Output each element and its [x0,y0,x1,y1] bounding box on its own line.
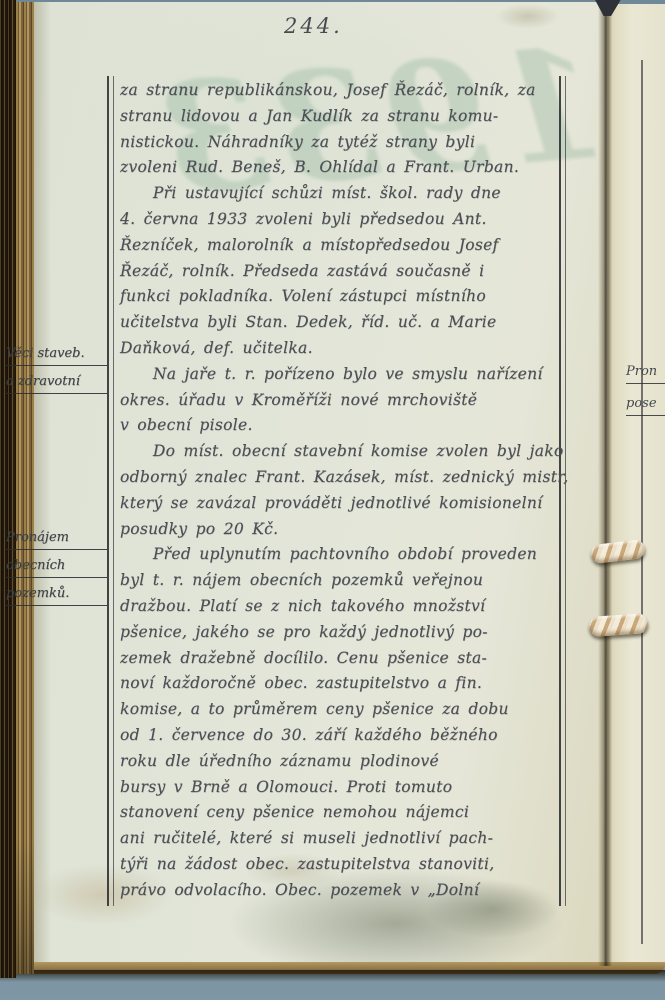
handwritten-line: v obecní pisole. [120,413,566,439]
handwritten-line: týři na žádost obec. zastupitelstva stan… [120,852,566,878]
handwritten-line: Řezníček, malorolník a místopředsedou Jo… [120,233,566,259]
book-scan-photo: { "page": { "number": "244.", "watermark… [0,0,665,1000]
handwritten-line: který se zavázal prováděti jednotlivé ko… [120,491,566,517]
handwritten-line: funkci pokladníka. Volení zástupci místn… [120,284,566,310]
handwritten-line: obecních [6,558,107,578]
handwritten-line: Na jaře t. r. pořízeno bylo ve smyslu na… [120,362,566,388]
handwritten-line: okres. úřadu v Kroměříži nové mrchoviště [120,388,566,414]
handwritten-line: od 1. července do 30. září každého běžné… [120,723,566,749]
margin-note-building-health: Věci staveb.a zdravotní [6,346,107,402]
page-number: 244. [284,14,343,38]
book-gutter-fold [598,0,612,966]
handwritten-line: právo odvolacího. Obec. pozemek v „Dolní [120,878,566,904]
next-page-partial-margin-note: Pronpose [626,364,665,428]
handwritten-line: byl t. r. nájem obecních pozemků veřejno… [120,568,566,594]
handwritten-line: za stranu republikánskou, Josef Řezáč, r… [120,78,566,104]
handwritten-line: komise, a to průměrem ceny pšenice za do… [120,697,566,723]
left-page-block-edges [16,2,34,974]
handwritten-line: učitelstva byli Stan. Dedek, říd. uč. a … [120,310,566,336]
handwritten-line: Do míst. obecní stavební komise zvolen b… [120,439,566,465]
handwritten-line: Pronájem [6,530,107,550]
book-bottom-shadow [0,970,665,982]
handwritten-line: noví každoročně obec. zastupitelstvo a f… [120,671,566,697]
handwritten-line: pozemků. [6,586,107,606]
handwritten-line: a zdravotní [6,374,107,394]
margin-note-land-lease: Pronájemobecníchpozemků. [6,530,107,614]
handwritten-body-text: za stranu republikánskou, Josef Řezáč, r… [120,78,566,904]
handwritten-line: posudky po 20 Kč. [120,517,566,543]
next-page-edge: Pronpose [606,4,665,962]
handwritten-line: Věci staveb. [6,346,107,366]
handwritten-line: odborný znalec Frant. Kazásek, míst. zed… [120,465,566,491]
handwritten-line: Před uplynutím pachtovního období proved… [120,542,566,568]
handwritten-line: Daňková, def. učitelka. [120,336,566,362]
handwritten-line: stranu lidovou a Jan Kudlík za stranu ko… [120,104,566,130]
handwritten-line: Řezáč, rolník. Předseda zastává současně… [120,259,566,285]
binding-cord-lower [588,613,648,637]
handwritten-line: roku dle úředního záznamu plodinové [120,749,566,775]
left-margin-rule [107,76,114,906]
handwritten-line: pšenice, jakého se pro každý jednotlivý … [120,620,566,646]
handwritten-line: zemek dražebně docílilo. Cenu pšenice st… [120,646,566,672]
handwritten-line: dražbou. Platí se z nich takového množst… [120,594,566,620]
handwritten-line: 4. června 1933 zvoleni byli předsedou An… [120,207,566,233]
handwritten-line: pose [626,396,665,416]
handwritten-line: zvoleni Rud. Beneš, B. Ohlídal a Frant. … [120,155,566,181]
book-spine-edge [0,0,16,978]
handwritten-line: Při ustavující schůzi míst. škol. rady d… [120,181,566,207]
handwritten-line: Pron [626,364,665,384]
handwritten-line: bursy v Brně a Olomouci. Proti tomuto [120,775,566,801]
handwritten-line: ani ručitelé, které si museli jednotliví… [120,826,566,852]
photo-stage: Pronpose 1933 244. Věci staveb.a zdravot… [0,0,665,1000]
handwritten-line: nistickou. Náhradníky za tytéž strany by… [120,130,566,156]
handwritten-line: stanovení ceny pšenice nemohou nájemci [120,800,566,826]
next-page-margin-rule [641,60,643,944]
